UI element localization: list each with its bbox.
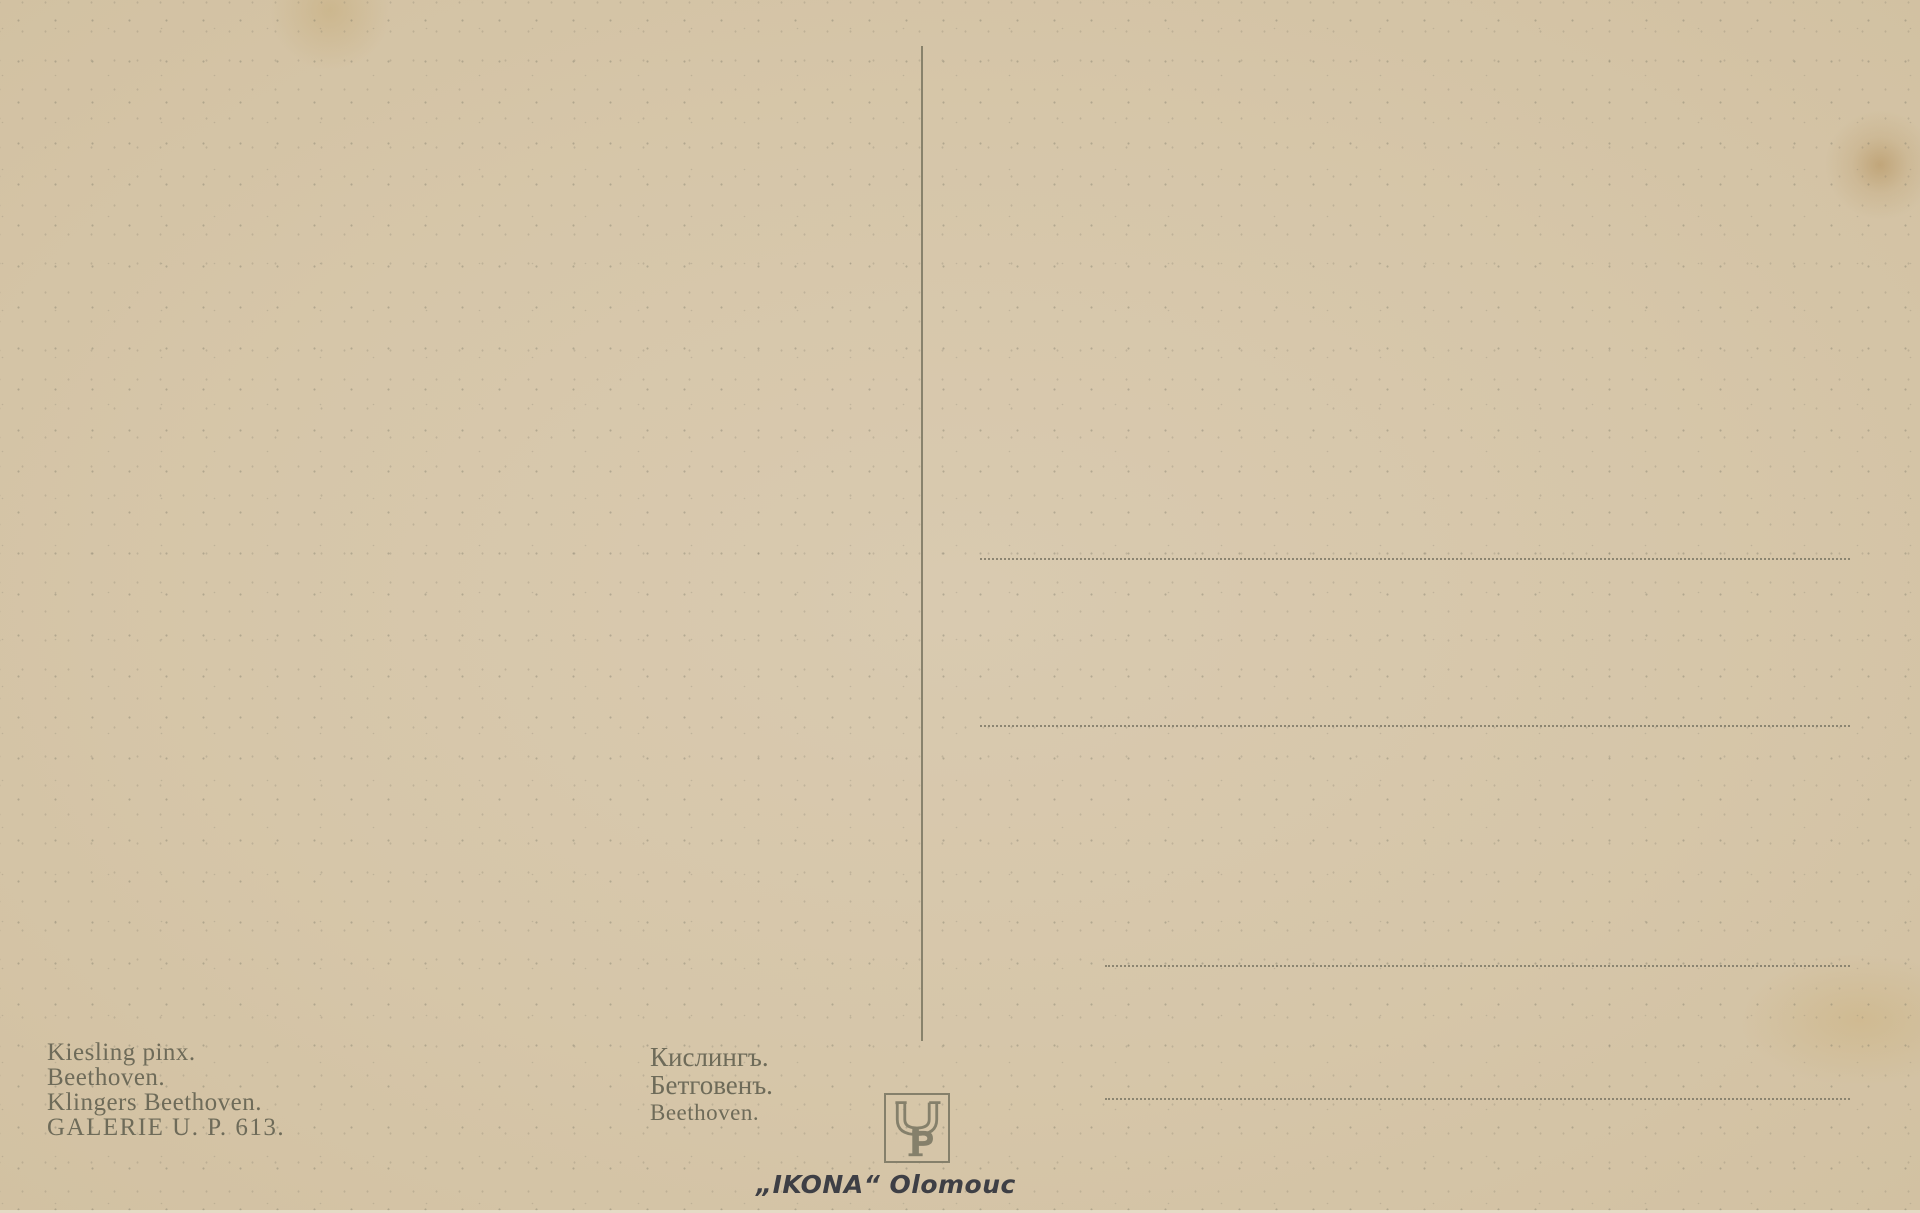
address-line-3	[1105, 965, 1850, 967]
subject-title-cyrillic: Бетговенъ.	[650, 1071, 773, 1099]
caption-cyrillic: Кислингъ. Бетговенъ. Beethoven.	[650, 1043, 773, 1127]
artist-credit-cyrillic: Кислингъ.	[650, 1043, 773, 1071]
subject-title: Beethoven.	[47, 1065, 285, 1090]
up-monogram-logo-icon	[884, 1093, 950, 1163]
artist-credit: Kiesling pinx.	[47, 1040, 285, 1065]
message-address-divider	[921, 46, 923, 1041]
address-line-1	[980, 558, 1850, 560]
publisher-stamp: „IKONA“ Olomouc	[756, 1170, 1016, 1199]
caption-latin: Kiesling pinx. Beethoven. Klingers Beeth…	[47, 1040, 285, 1140]
subject-title-latin: Beethoven.	[650, 1099, 773, 1127]
address-line-2	[980, 725, 1850, 727]
paper-texture	[0, 0, 1920, 1213]
series-number: GALERIE U. P. 613.	[47, 1115, 285, 1140]
artwork-title: Klingers Beethoven.	[47, 1090, 285, 1115]
address-line-4	[1105, 1098, 1850, 1100]
postcard-back: Kiesling pinx. Beethoven. Klingers Beeth…	[0, 0, 1920, 1213]
